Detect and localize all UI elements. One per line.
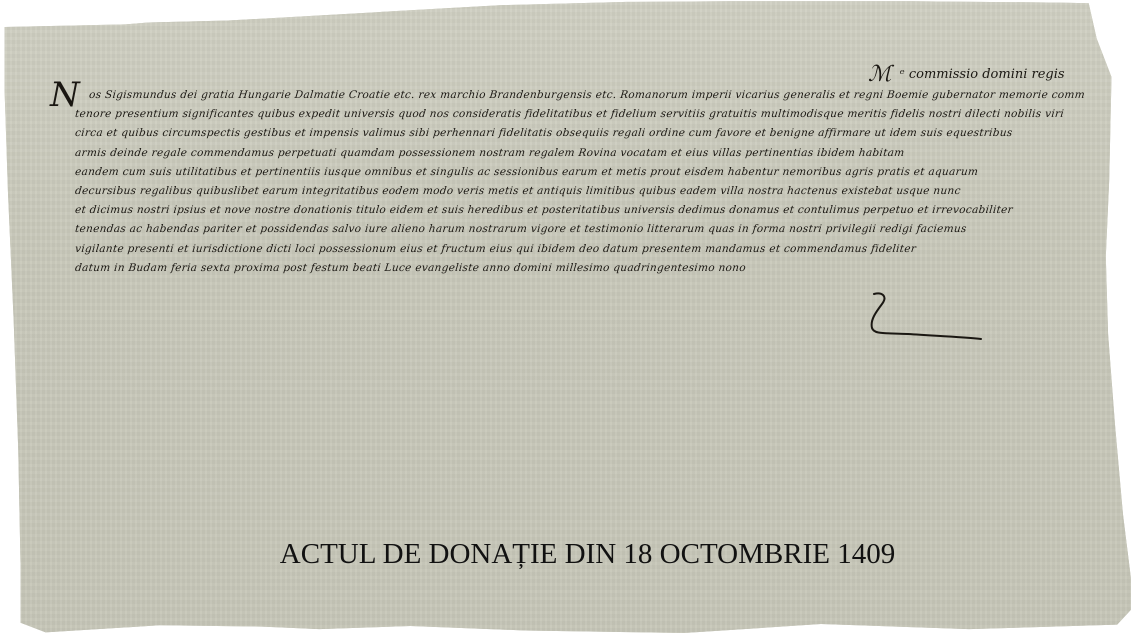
manuscript-text: os Sigismundus dei gratia Hungarie Dalma… — [75, 86, 1085, 278]
manuscript-line: tenore presentium significantes quibus e… — [74, 105, 1086, 124]
parchment-document: ℳ ᵉ commissio domini regis N os Sigismun… — [0, 0, 1140, 642]
manuscript-line: decursibus regalibus quibuslibet earum i… — [74, 182, 1086, 201]
signature-flourish-icon — [868, 290, 988, 345]
commission-note: ℳ ᵉ commissio domini regis — [868, 62, 1065, 87]
manuscript-line: eandem cum suis utilitatibus et pertinen… — [74, 163, 1086, 182]
manuscript-line: tenendas ac habendas pariter et possiden… — [74, 220, 1086, 239]
commission-note-text: ᵉ commissio domini regis — [900, 67, 1065, 82]
notary-sigil-icon: ℳ — [868, 62, 892, 87]
manuscript-line: datum in Budam feria sexta proxima post … — [74, 259, 876, 278]
manuscript-line: vigilante presenti et iurisdictione dict… — [74, 240, 1086, 259]
document-caption: ACTUL DE DONAȚIE DIN 18 OCTOMBRIE 1409 — [0, 538, 1140, 571]
manuscript-line: os Sigismundus dei gratia Hungarie Dalma… — [74, 86, 1086, 105]
manuscript-line: circa et quibus circumspectis gestibus e… — [74, 124, 1086, 143]
manuscript-line: et dicimus nostri ipsius et nove nostre … — [74, 201, 1086, 220]
manuscript-line: armis deinde regale commendamus perpetua… — [74, 144, 1086, 163]
